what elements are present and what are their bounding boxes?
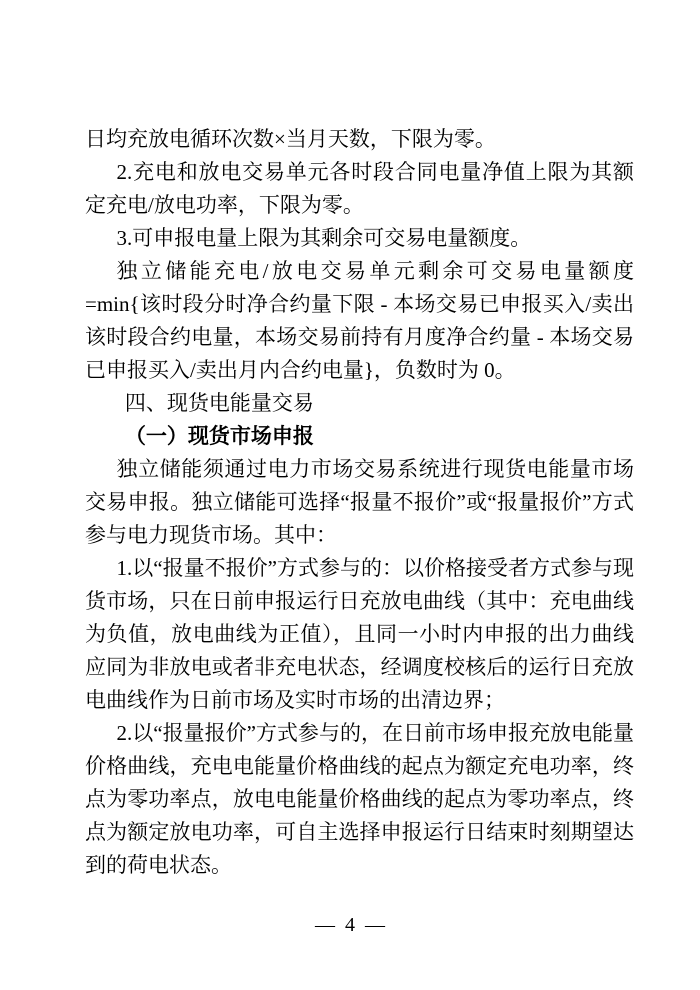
paragraph-mode-2: 2.以“报量报价”方式参与的，在日前市场申报充放电能量价格曲线，充电电能量价格曲…: [85, 717, 634, 882]
subsection-heading-level2: （一）现货市场申报: [85, 420, 634, 453]
paragraph-item-2: 2.充电和放电交易单元各时段合同电量净值上限为其额定充电/放电功率，下限为零。: [85, 156, 634, 222]
paragraph-mode-1: 1.以“报量不报价”方式参与的：以价格接受者方式参与现货市场，只在日前申报运行日…: [85, 552, 634, 717]
paragraph-item-3: 3.可申报电量上限为其剩余可交易电量额度。: [85, 222, 634, 255]
document-page: 日均充放电循环次数×当月天数，下限为零。 2.充电和放电交易单元各时段合同电量净…: [0, 0, 700, 990]
section-heading-level1: 四、现货电能量交易: [85, 387, 634, 420]
paragraph-formula: 独立储能充电/放电交易单元剩余可交易电量额度=min{该时段分时净合约量下限 -…: [85, 255, 634, 387]
paragraph-intro: 独立储能须通过电力市场交易系统进行现货电能量市场交易申报。独立储能可选择“报量不…: [85, 453, 634, 552]
page-number: — 4 —: [0, 912, 700, 938]
document-body: 日均充放电循环次数×当月天数，下限为零。 2.充电和放电交易单元各时段合同电量净…: [85, 123, 634, 882]
paragraph-carryover: 日均充放电循环次数×当月天数，下限为零。: [85, 123, 634, 156]
